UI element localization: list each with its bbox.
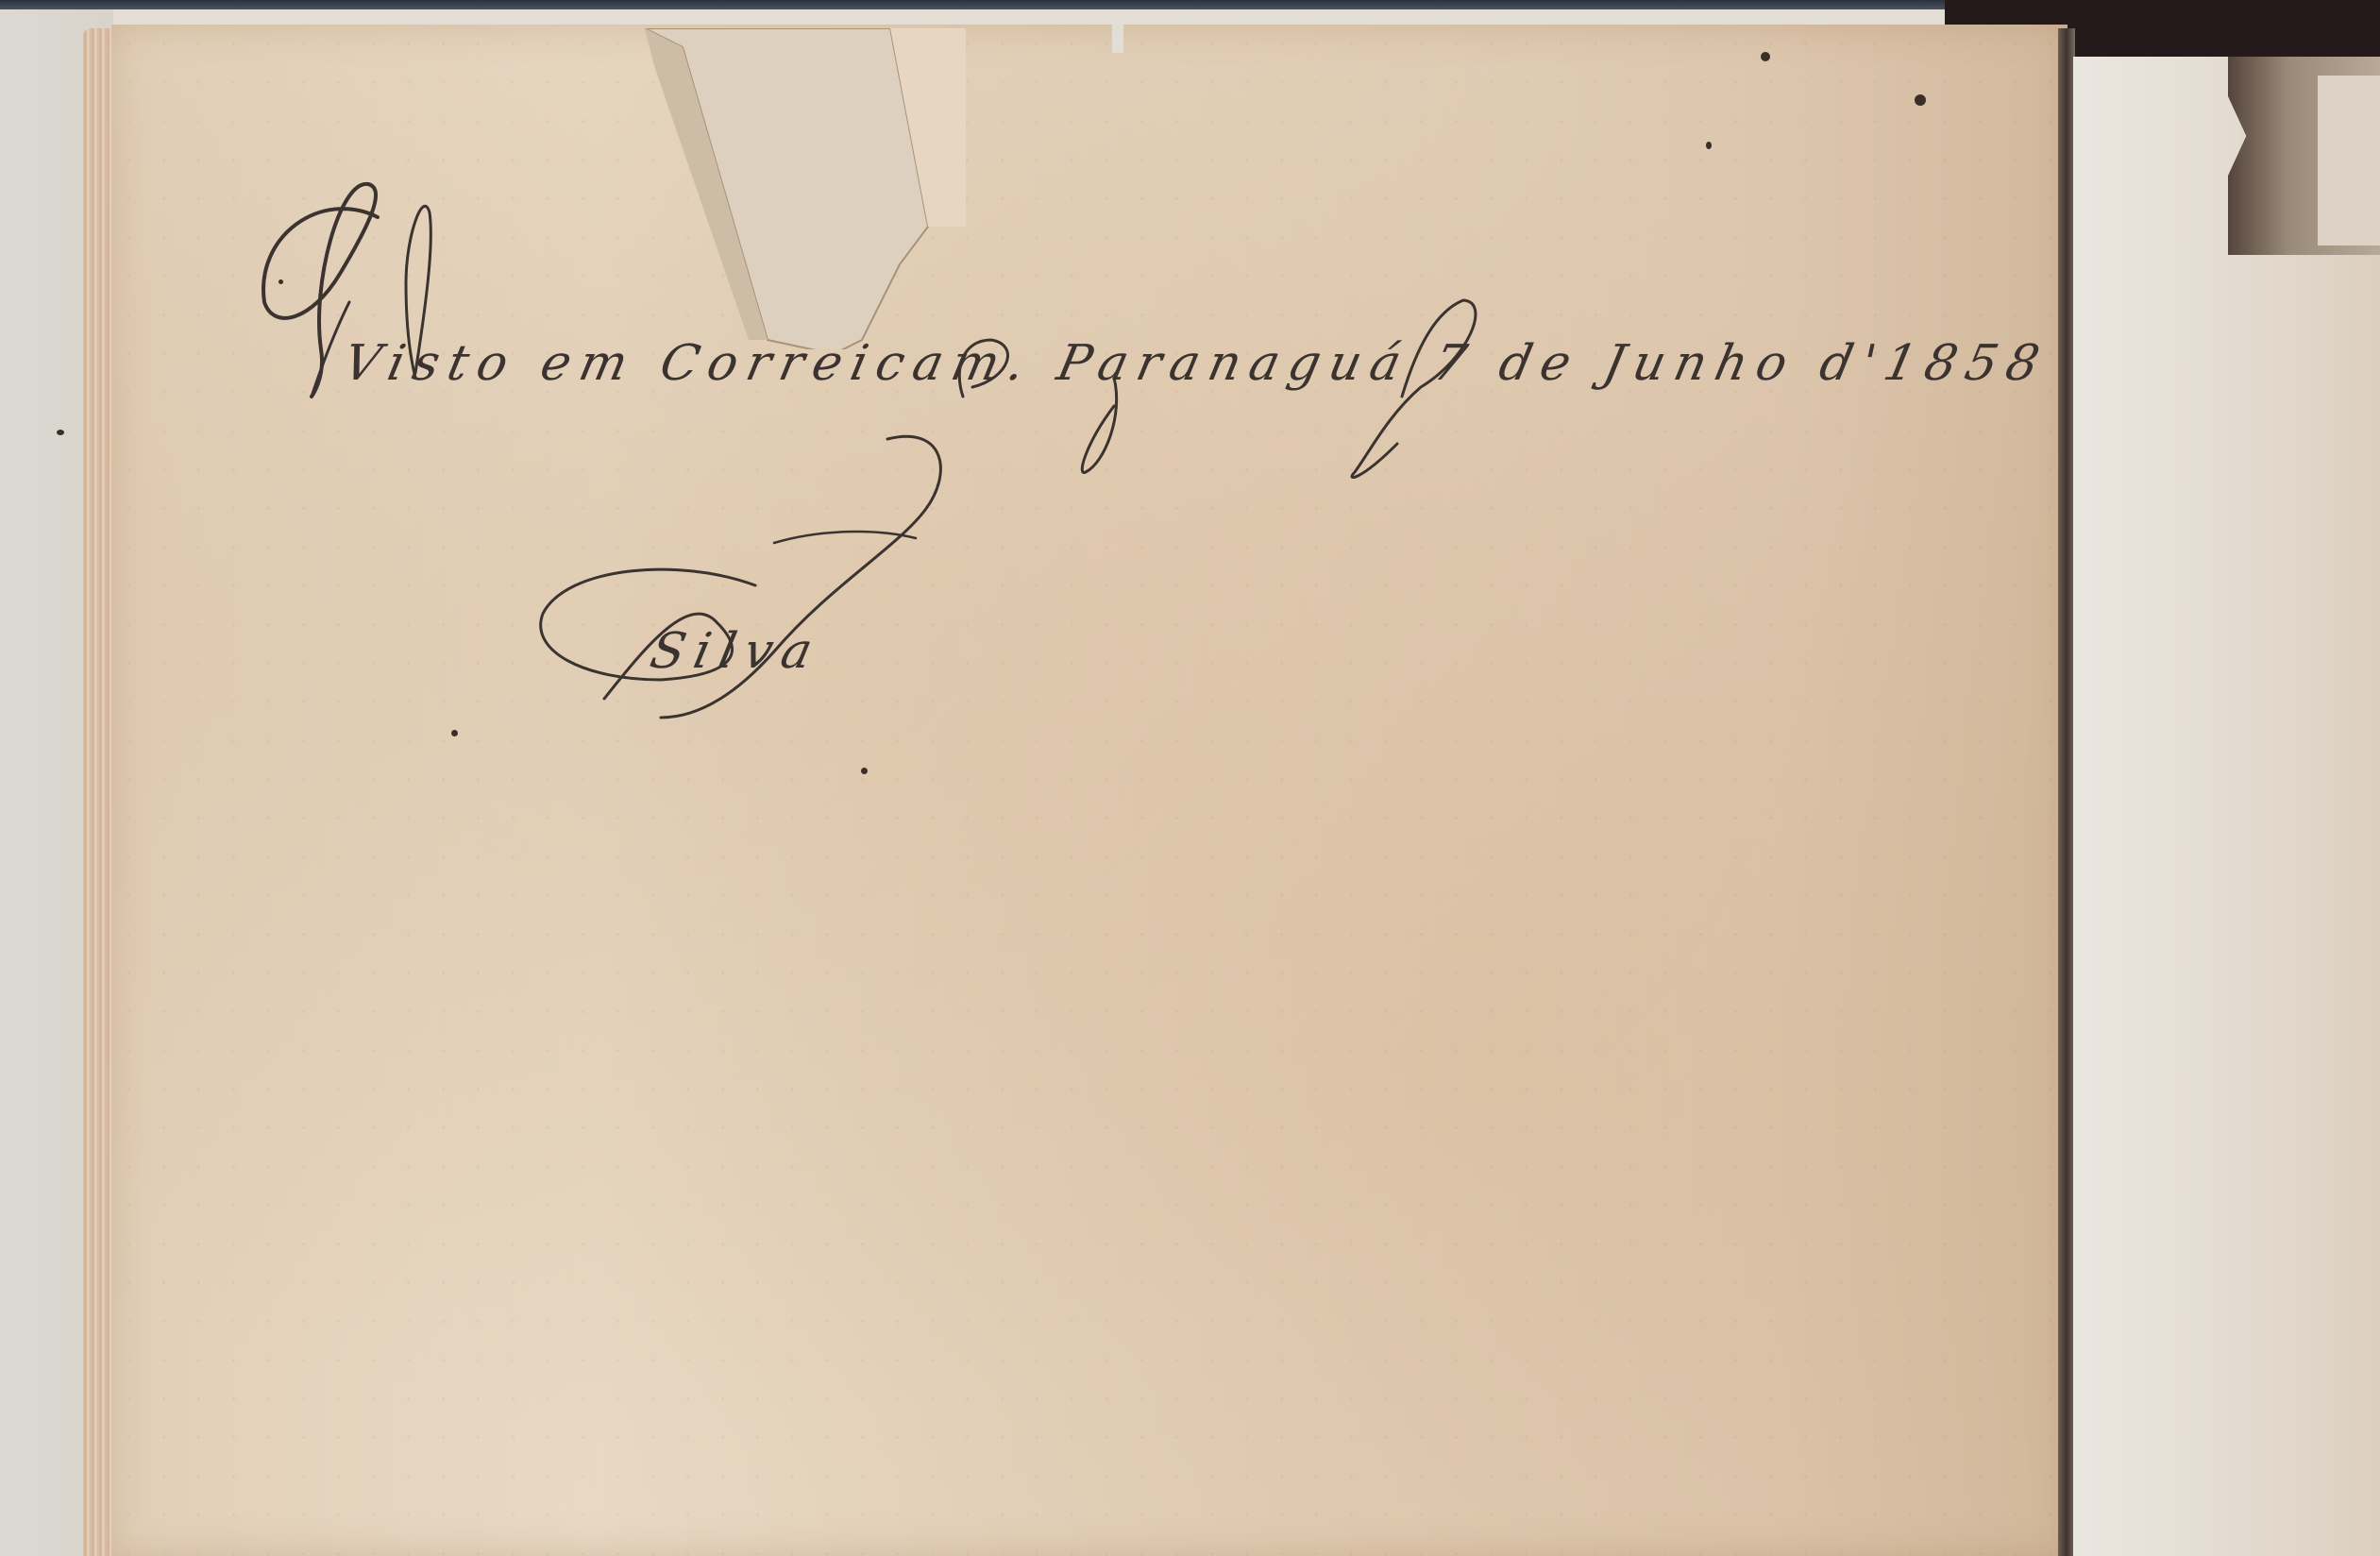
word-visto: Visto <box>339 335 523 392</box>
ink-speck <box>57 430 64 435</box>
ink-speck <box>451 730 458 736</box>
ink-speck <box>861 768 868 774</box>
word-de: de <box>1494 335 1586 392</box>
main-manuscript-page <box>111 25 2068 1556</box>
word-day: 7 <box>1428 335 1481 392</box>
ink-speck <box>1761 52 1770 61</box>
word-em: em <box>535 335 642 392</box>
word-year: 1858 <box>1879 335 2053 392</box>
right-facing-page <box>2073 57 2380 1556</box>
ink-speck <box>1915 94 1926 106</box>
inscription-line: Visto em Correicam. Paranaguá 7 de Junho… <box>339 335 2053 392</box>
word-correicam: Correicam. <box>655 335 1039 392</box>
word-place: Paranaguá <box>1053 335 1416 392</box>
torn-corner-right-underpage <box>2318 76 2380 245</box>
ink-speck <box>1706 142 1712 149</box>
torn-notch <box>1112 25 1123 53</box>
folded-corner-flap <box>645 28 966 349</box>
ink-speck <box>279 279 283 284</box>
signature: Silva <box>646 623 827 680</box>
document-photo: Visto em Correicam. Paranaguá 7 de Junho… <box>0 0 2380 1556</box>
word-month: Junho <box>1598 335 1801 392</box>
